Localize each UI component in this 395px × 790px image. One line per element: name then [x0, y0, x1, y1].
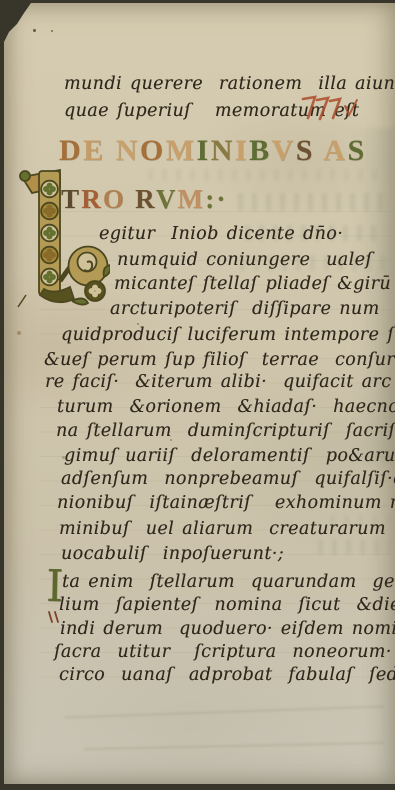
text-line: &ueſ perum ſup filioſ terrae conſurge — [44, 350, 395, 370]
manuscript-photo: mundi querere rationem illa aiunt quae ſ… — [0, 0, 395, 790]
rubric-marks-icon — [300, 93, 360, 125]
text-line: numquid coniungere ualeſ — [117, 250, 372, 270]
text-line: quidproduciſ luciferum intempore ſuo — [61, 325, 395, 345]
text-line: arcturipoteriſ diſſipare num — [110, 299, 380, 319]
text-line: ta enim ſtellarum quarundam genti — [62, 572, 395, 592]
text-line: micanteſ ſtellaſ pliadeſ &girū — [114, 274, 391, 294]
text-line: uocabuliſ inpoſuerunt·; — [61, 544, 284, 564]
text-line: gimuſ uariiſ deloramentiſ po&arum· — [64, 446, 395, 466]
text-line: turum &orionem &hiadaſ· haecnomi — [57, 397, 395, 417]
text-line: re faciſ· &iterum alibi· quifacit arc — [45, 372, 391, 392]
text-line: na ſtellarum duminſcripturiſ ſacriſle — [56, 421, 395, 441]
parchment-wrinkle — [84, 742, 384, 750]
text-line: indi derum quoduero· eiſdem nominib; — [60, 619, 395, 639]
chapter-heading-line1: DE NOMINIBVS AS — [59, 134, 367, 168]
stain-speck — [17, 331, 21, 335]
ink-speck — [51, 30, 53, 32]
text-line: circo uanaſ adprobat fabulaſ ſedfa — [59, 665, 395, 685]
text-line: ſacra utitur ſcriptura noneorum· id — [54, 642, 395, 662]
text-line: adſenſum nonprebeamuſ quifalſiſ·opi — [61, 469, 395, 489]
text-line: lium ſapienteſ nomina ſicut &dierum — [59, 595, 395, 615]
verso-show-through — [238, 193, 388, 211]
verso-show-through — [318, 539, 390, 555]
text-line: nionibuſ iſtainæſtriſ exhominum no — [57, 493, 395, 513]
verso-show-through — [148, 169, 383, 181]
text-line: minibuſ uel aliarum creaturarum — [59, 519, 386, 539]
parchment-wrinkle — [64, 705, 384, 718]
text-line: mundi querere rationem illa aiunt — [64, 74, 395, 94]
parchment-page: mundi querere rationem illa aiunt quae ſ… — [4, 3, 395, 784]
text-line: egitur Iniob dicente dn̄o· — [99, 224, 343, 244]
ink-speck — [33, 29, 36, 32]
insertion-marks-icon — [46, 609, 60, 627]
decorated-initial-l — [16, 165, 110, 311]
